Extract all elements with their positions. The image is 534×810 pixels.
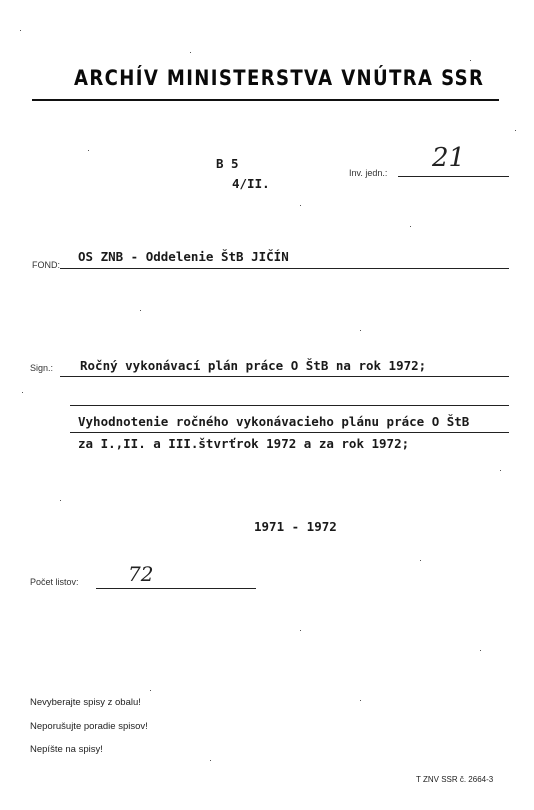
pages-value: 72 bbox=[128, 562, 153, 586]
sign-rule-2 bbox=[70, 405, 509, 406]
archive-title: ARCHÍV MINISTERSTVA VNÚTRA SSR bbox=[74, 66, 484, 90]
sign-line-2: Vyhodnotenie ročného vykonávacieho plánu… bbox=[78, 414, 469, 429]
inventory-line bbox=[398, 176, 509, 177]
sign-line-3: za I.,II. a III.štvrťrok 1972 a za rok 1… bbox=[78, 436, 409, 451]
pages-line bbox=[96, 588, 256, 589]
inventory-label: Inv. jedn.: bbox=[349, 168, 387, 178]
note-do-not-remove: Nevyberajte spisy z obalu! bbox=[30, 697, 141, 708]
sign-line-1: Ročný vykonávací plán práce O ŠtB na rok… bbox=[80, 358, 426, 373]
fond-label: FOND: bbox=[32, 260, 60, 270]
sign-label: Sign.: bbox=[30, 363, 53, 373]
pages-label: Počet listov: bbox=[30, 577, 79, 587]
form-code: T ZNV SSR č. 2664-3 bbox=[416, 775, 493, 784]
year-range: 1971 - 1972 bbox=[254, 519, 337, 534]
note-keep-order: Neporušujte poradie spisov! bbox=[30, 721, 148, 732]
fond-line bbox=[60, 268, 509, 269]
title-divider bbox=[32, 99, 499, 101]
inventory-value: 21 bbox=[432, 143, 465, 173]
note-do-not-write: Nepíšte na spisy! bbox=[30, 744, 103, 755]
file-number: 4/II. bbox=[232, 176, 270, 191]
sign-rule-1 bbox=[60, 376, 509, 377]
box-number: B 5 bbox=[216, 156, 239, 171]
fond-value: OS ZNB - Oddelenie ŠtB JIČÍN bbox=[78, 249, 289, 264]
sign-rule-3 bbox=[70, 432, 509, 433]
